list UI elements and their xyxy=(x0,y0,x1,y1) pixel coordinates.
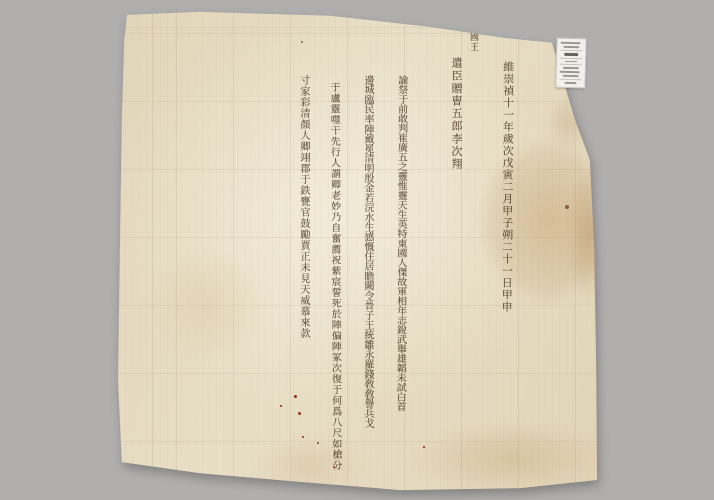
label-text-line xyxy=(563,75,578,77)
ink-spot xyxy=(302,436,304,438)
label-divider xyxy=(560,64,582,66)
label-text-line xyxy=(565,60,577,62)
text-column-envoy: 遣臣贈曺五郎李次翔 xyxy=(448,57,464,170)
label-divider xyxy=(560,79,582,81)
header-text: 國王 xyxy=(467,32,480,52)
ink-spot xyxy=(294,395,297,398)
manuscript-paper: 國王 維崇禎十一年歲次戊寅二月甲子朔二十一日甲申 遣臣贈曺五郎李次翔 諭祭于前敢… xyxy=(118,10,598,492)
text-column-body-3: 于盧靈噬干先行人謂卿老妙乃自奮薦祝紫宸誓死於陣偏陣冢次復于何爲八尺如槍分 xyxy=(326,82,343,471)
archival-label xyxy=(555,38,586,89)
text-column-body-2: 邊城臨民率陣戴冕清明殷金若浣水生感慨住居瞻闕令晉子王統雛永羅錢敎敎譽兵戈 xyxy=(360,75,375,428)
paper-sheet: 國王 維崇禎十一年歲次戊寅二月甲子朔二十一日甲申 遣臣贈曺五郎李次翔 諭祭于前敢… xyxy=(118,10,598,492)
label-text-line xyxy=(564,82,576,84)
ink-spot xyxy=(423,446,425,448)
label-text-line xyxy=(563,67,578,69)
text-column-date: 維崇禎十一年歲次戊寅二月甲子朔二十一日甲申 xyxy=(498,61,516,313)
text-column-body-1: 諭祭于前敢判崔廣五之靈惟靈天生英特東國人傑故軍相年志銳武舉雄韜未試白首 xyxy=(392,75,409,411)
water-stain xyxy=(406,422,618,494)
photo-background: 國王 維崇禎十一年歲次戊寅二月甲子朔二十一日甲申 遣臣贈曺五郎李次翔 諭祭于前敢… xyxy=(0,0,714,500)
label-text-line xyxy=(560,71,580,73)
ink-spot xyxy=(565,205,569,209)
water-stain xyxy=(546,93,590,151)
label-text-line xyxy=(565,53,578,56)
text-column-body-4: 寸家彩清顏人卿翊郡于鉄甕官鼓勵賈正未見天威慕來款 xyxy=(296,75,311,339)
label-text-line xyxy=(564,46,579,48)
ink-spot xyxy=(298,412,301,415)
water-stain xyxy=(566,168,614,303)
ink-spot xyxy=(280,405,282,407)
label-divider xyxy=(560,57,582,59)
label-text-line xyxy=(561,42,581,44)
water-stain xyxy=(148,248,263,363)
label-divider xyxy=(560,50,582,52)
ink-spot xyxy=(301,41,303,43)
ink-spot xyxy=(317,442,319,444)
water-stain xyxy=(248,438,370,494)
